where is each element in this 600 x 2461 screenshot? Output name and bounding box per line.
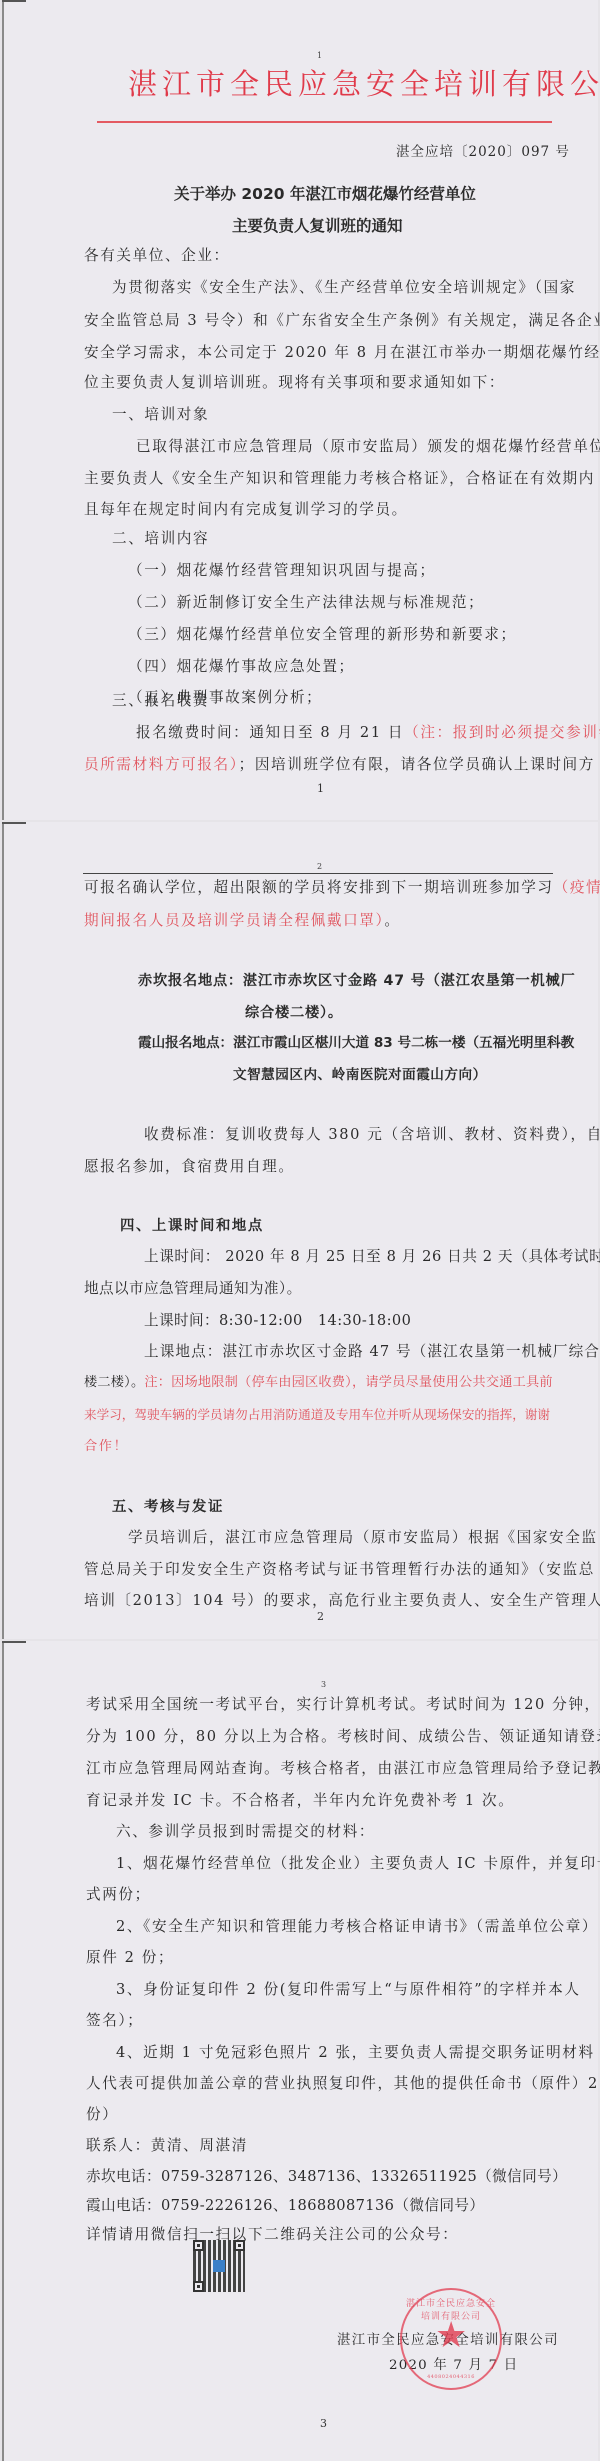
material-item-2-cont: 原件 2 份；: [86, 1948, 174, 1968]
qr-finder-pattern: [234, 2240, 245, 2251]
chikan-registration-location-cont: 综合楼二楼）。: [245, 1003, 343, 1023]
class-hours: 上课时间：8:30-12:00 14:30-18:00: [144, 1311, 411, 1331]
top-page-number: 1: [317, 51, 322, 60]
continued-line-1: 可报名确认学位，超出限额的学员将安排到下一期培训班参加学习（疫情: [84, 878, 600, 898]
page-corner-mark: [2, 822, 26, 824]
intro-line: 安全学习需求，本公司定于 2020 年 8 月在湛江市举办一期烟花爆竹经营单: [84, 343, 600, 363]
bottom-page-number: 1: [317, 782, 324, 795]
continued-text: 可报名确认学位，超出限额的学员将安排到下一期培训班参加学习: [84, 879, 554, 896]
exam-line: 考试采用全国统一考试平台，实行计算机考试。考试时间为 120 分钟，满: [86, 1695, 600, 1715]
bottom-page-number: 3: [320, 2417, 327, 2430]
company-header: 湛江市全民应急安全培训有限公司: [128, 62, 600, 103]
qr-logo-icon: [213, 2260, 225, 2272]
header-rule: [83, 873, 553, 874]
section-body-line: 管总局关于印发安全生产资格考试与证书管理暂行办法的通知》（安监总: [84, 1560, 595, 1580]
class-location-line-2: 楼二楼）。注：因场地限制（停车由园区收费），请学员尽量使用公共交通工具前: [84, 1373, 553, 1393]
section-heading-required-materials: 六、参训学员报到时需提交的材料：: [116, 1822, 375, 1842]
intro-line: 位主要负责人复训培训班。现将有关事项和要求通知如下：: [84, 373, 505, 393]
material-item-4-cont: 人代表可提供加盖公章的营业执照复印件，其他的提供任命书（原件）2: [86, 2074, 599, 2094]
registration-line-1: 报名缴费时间：通知日至 8 月 21 日（注：报到时必须提交参训学: [136, 723, 600, 743]
parking-note-cont: 来学习，驾驶车辆的学员请勿占用消防通道及专用车位并听从现场保安的指挥，谢谢: [84, 1405, 550, 1425]
section-heading-training-content: 二、培训内容: [112, 529, 209, 549]
document-title-line-1: 关于举办 2020 年湛江市烟花爆竹经营单位: [174, 182, 476, 204]
star-icon: ★: [435, 2318, 467, 2354]
top-page-number: 2: [317, 862, 322, 871]
registration-limit: ；因培训班学位有限，请各位学员确认上课时间方: [239, 756, 595, 773]
contact-persons: 联系人：黄清、周湛清: [86, 2136, 248, 2156]
registration-line-2: 员所需材料方可报名）；因培训班学位有限，请各位学员确认上课时间方: [84, 755, 595, 775]
section-heading-registration: 三、报名收费: [112, 691, 209, 711]
material-item-2: 2、《安全生产知识和管理能力考核合格证申请书》（需盖单位公章）: [116, 1917, 598, 1937]
document-number: 湛全应培〔2020〕097 号: [396, 142, 570, 162]
training-content-item: （一）烟花爆竹经营管理知识巩固与提高；: [128, 561, 436, 581]
page-corner-mark: [2, 0, 26, 2]
top-page-number: 3: [321, 1680, 326, 1689]
intro-line: 安全监管总局 3 号令）和《广东省安全生产条例》有关规定，满足各企业: [84, 311, 600, 331]
qr-finder-pattern: [193, 2281, 204, 2292]
parking-note: 注：因场地限制（停车由园区收费），请学员尽量使用公共交通工具前: [144, 1375, 552, 1390]
section-body-line: 已取得湛江市应急管理局（原市安监局）颁发的烟花爆竹经营单位: [136, 437, 600, 457]
section-body-line: 且每年在规定时间内有完成复训学习的学员。: [84, 500, 408, 520]
period: 。: [384, 912, 400, 929]
section-body-line: 培训〔2013〕104 号）的要求，高危行业主要负责人、安全生产管理人员: [84, 1591, 600, 1611]
material-item-4-end: 份）: [86, 2105, 118, 2125]
class-date: 上课时间： 2020 年 8 月 25 日至 8 月 26 日共 2 天（具体考…: [144, 1247, 600, 1267]
company-seal-stamp: 湛江市全民应急安全培训有限公司 ★ 4408024044316: [400, 2288, 502, 2390]
xiashan-registration-location-cont: 文智慧园区内、岭南医院对面霞山方向）: [233, 1065, 487, 1085]
document-page-3: 3 考试采用全国统一考试平台，实行计算机考试。考试时间为 120 分钟，满 分为…: [2, 1641, 598, 2461]
material-item-3-cont: 签名）；: [86, 2011, 143, 2031]
exam-line: 江市应急管理局网站查询。考核合格者，由湛江市应急管理局给予登记教: [86, 1759, 600, 1779]
section-body-line: 学员培训后，湛江市应急管理局（原市安监局）根据《国家安全监: [128, 1528, 598, 1548]
header-red-rule: [97, 121, 552, 123]
class-location-cont: 楼二楼）。: [84, 1375, 144, 1390]
bottom-page-number: 2: [317, 1610, 324, 1623]
section-heading-training-target: 一、培训对象: [112, 405, 209, 425]
parking-note-end: 合作！: [84, 1437, 128, 1457]
intro-line: 为贯彻落实《安全生产法》、《生产经营单位安全培训规定》（国家: [112, 278, 576, 298]
class-date-cont: 地点以市应急管理局通知为准）。: [84, 1279, 302, 1299]
xiashan-registration-location: 霞山报名地点：湛江市霞山区椹川大道 83 号二栋一楼（五福光明里科教: [138, 1033, 574, 1053]
wechat-qr-code[interactable]: [193, 2240, 245, 2292]
registration-note: （注：报到时必须提交参训学: [404, 724, 600, 741]
registration-period: 报名缴费时间：通知日至 8 月 21 日: [136, 724, 404, 741]
document-page-2: 2 可报名确认学位，超出限额的学员将安排到下一期培训班参加学习（疫情 期间报名人…: [2, 822, 598, 1639]
epidemic-note-cont: 期间报名人员及培训学员请全程佩戴口罩）: [84, 912, 384, 929]
material-item-4: 4、近期 1 寸免冠彩色照片 2 张，主要负责人需提交职务证明材料（法: [116, 2043, 600, 2063]
xiashan-phone: 霞山电话：0759-2226126、18688087136（微信同号）: [86, 2196, 484, 2216]
exam-line: 分为 100 分，80 分以上为合格。考核时间、成绩公告、领证通知请登录湛: [86, 1727, 600, 1747]
qr-finder-pattern: [193, 2240, 204, 2251]
training-content-item: （三）烟花爆竹经营单位安全管理的新形势和新要求；: [128, 625, 517, 645]
document-page-1: 1 湛江市全民应急安全培训有限公司 湛全应培〔2020〕097 号 关于举办 2…: [2, 0, 598, 820]
section-heading-class-time-location: 四、上课时间和地点: [120, 1216, 264, 1236]
chikan-registration-location: 赤坎报名地点：湛江市赤坎区寸金路 47 号（湛江农垦第一机械厂: [138, 971, 576, 991]
chikan-phone: 赤坎电话：0759-3287126、3487136、13326511925（微信…: [86, 2167, 567, 2187]
fee-standard-cont: 愿报名参加，食宿费用自理。: [84, 1157, 295, 1177]
registration-note-cont: 员所需材料方可报名）: [84, 756, 239, 773]
epidemic-note: （疫情: [554, 879, 600, 896]
exam-line: 育记录并发 IC 卡。不合格者，半年内允许免费补考 1 次。: [86, 1791, 514, 1811]
continued-line-2: 期间报名人员及培训学员请全程佩戴口罩）。: [84, 911, 401, 931]
material-item-3: 3、身份证复印件 2 份(复印件需写上“与原件相符”的字样并本人: [116, 1980, 581, 2000]
section-body-line: 主要负责人《安全生产知识和管理能力考核合格证》，合格证在有效期内: [84, 469, 595, 489]
fee-standard: 收费标准：复训收费每人 380 元（含培训、教材、资料费），自: [144, 1125, 600, 1145]
material-item-1: 1、烟花爆竹经营单位（批发企业）主要负责人 IC 卡原件，并复印一: [116, 1854, 600, 1874]
qr-prompt: 详情请用微信扫一扫以下二维码关注公司的公众号：: [86, 2225, 458, 2245]
page-corner-mark: [2, 1641, 26, 1643]
training-content-item: （二）新近制修订安全生产法律法规与标准规范；: [128, 593, 484, 613]
training-content-item: （四）烟花爆竹事故应急处置；: [128, 657, 355, 677]
section-heading-exam-certification: 五、考核与发证: [112, 1497, 224, 1517]
stamp-registration-code: 4408024044316: [402, 2374, 500, 2380]
salutation: 各有关单位、企业：: [84, 246, 230, 266]
class-location: 上课地点：湛江市赤坎区寸金路 47 号（湛江农垦第一机械厂综合: [144, 1342, 600, 1362]
document-title-line-2: 主要负责人复训班的通知: [232, 214, 403, 236]
material-item-1-cont: 式两份；: [86, 1885, 151, 1905]
